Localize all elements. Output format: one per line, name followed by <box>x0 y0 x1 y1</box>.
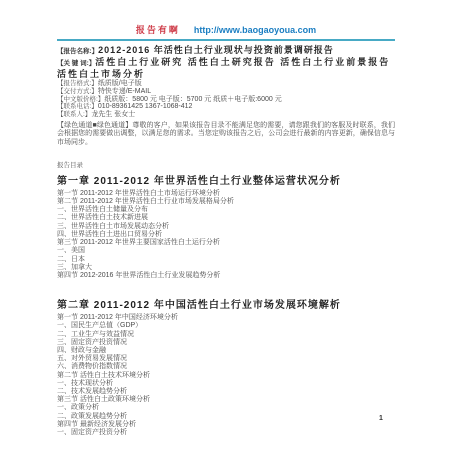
meta-label: 【联系电话:】 <box>57 103 98 110</box>
toc-item: 一、固定资产投资分析 <box>57 429 395 437</box>
site-name: 报告有啊 <box>136 23 180 36</box>
toc-item: 四、世界活性白土进出口贸易分析 <box>57 231 395 239</box>
contact-person: 龙先生 张女士 <box>91 111 135 118</box>
meta-line-delivery: 【交付方式:】特快专递/E-MAIL <box>57 88 395 96</box>
toc-item: 二、日本 <box>57 256 395 264</box>
report-format: 纸质版/电子版 <box>98 80 142 87</box>
toc-item: 二、技术发展趋势分析 <box>57 388 395 396</box>
chapter-1-block: 第一章 2011-2012 年世界活性白土行业整体运营状况分析 第一节 2011… <box>57 172 395 280</box>
report-meta: 【报告名称:】2012-2016 年活性白土行业现状与投资前景调研报告 【关 键… <box>57 45 395 119</box>
toc-item: 第三节 2011-2012 年世界主要国家活性白土运行分析 <box>57 239 395 247</box>
toc-item: 三、世界活性白土市场发展动态分析 <box>57 223 395 231</box>
meta-line-format: 【报告格式:】纸质版/电子版 <box>57 80 395 88</box>
site-url-link[interactable]: http://www.baogaoyoua.com <box>194 25 316 35</box>
toc-item: 四、财政与金融 <box>57 347 395 355</box>
report-keywords: 活性白土行业研究 活性白土研究报告 活性白土行业前景报告 活性白土市场分析 <box>57 57 390 79</box>
report-title: 2012-2016 年活性白土行业现状与投资前景调研报告 <box>98 45 334 55</box>
toc-item: 二、工业生产与效益情况 <box>57 331 395 339</box>
toc-item: 一、政策分析 <box>57 404 395 412</box>
green-channel-note: 【绿色通道■绿色通道】尊敬的客户，如果该报告目录不能满足您的需要，请您跟我们的客… <box>57 122 395 147</box>
meta-line-contact: 【联系人:】龙先生 张女士 <box>57 111 395 119</box>
toc-item: 第三节 活性白土政策环境分析 <box>57 396 395 404</box>
toc-item: 一、技术现状分析 <box>57 380 395 388</box>
page-number: 1 <box>379 415 383 422</box>
toc-item: 二、世界活性白土技术新进展 <box>57 214 395 222</box>
toc-item: 六、消费物价指数情况 <box>57 363 395 371</box>
contact-phone: 010-89361425 1367-1068-412 <box>98 103 193 110</box>
meta-label: 【交付方式:】 <box>57 88 98 95</box>
site-header: 报告有啊 http://www.baogaoyoua.com <box>57 23 395 36</box>
chapter-2-block: 第二章 2011-2012 年中国活性白土行业市场发展环境解析 第一节 2011… <box>57 296 395 437</box>
toc-item: 第二节 活性白土技术环境分析 <box>57 372 395 380</box>
toc-item: 第一节 2011-2012 年世界活性白土市场运行环境分析 <box>57 190 395 198</box>
toc-label: 报告目录 <box>57 160 395 169</box>
meta-label: 【报告名称:】 <box>57 48 98 55</box>
meta-label: 【关 键 词:】 <box>57 60 95 67</box>
meta-label: 【报告格式:】 <box>57 80 98 87</box>
toc-item: 一、国民生产总值（GDP） <box>57 322 395 330</box>
meta-label: 【中文版价格:】 <box>57 96 104 103</box>
toc-item: 第四节 2012-2016 年世界活性白土行业发展趋势分析 <box>57 272 395 280</box>
meta-label: 【联系人:】 <box>57 111 91 118</box>
toc-item: 三、固定资产投资情况 <box>57 339 395 347</box>
delivery-method: 特快专递/E-MAIL <box>98 88 151 95</box>
toc-item: 第四节 最新经济发展分析 <box>57 421 395 429</box>
chapter-1-title: 第一章 2011-2012 年世界活性白土行业整体运营状况分析 <box>57 172 395 187</box>
meta-line-report-name: 【报告名称:】2012-2016 年活性白土行业现状与投资前景调研报告 <box>57 45 395 57</box>
chapter-2-title: 第二章 2011-2012 年中国活性白土行业市场发展环境解析 <box>57 296 395 311</box>
toc-item: 二、政策发展趋势分析 <box>57 413 395 421</box>
toc-item: 三、加拿大 <box>57 264 395 272</box>
header-divider <box>57 39 395 41</box>
meta-line-keywords: 【关 键 词:】活性白土行业研究 活性白土研究报告 活性白土行业前景报告 活性白… <box>57 57 395 80</box>
document-page: 报告有啊 http://www.baogaoyoua.com 【报告名称:】20… <box>0 0 452 437</box>
toc-item: 一、美国 <box>57 247 395 255</box>
price-value: 纸质版：5800 元 电子版：5700 元 纸质＋电子版:6000 元 <box>104 96 281 103</box>
